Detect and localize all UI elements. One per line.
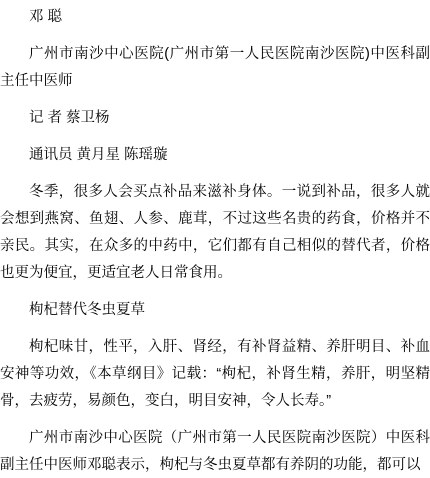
section-heading-goji-replaces-cordyceps: 枸杞替代冬虫夏草 [0, 297, 430, 324]
paragraph-intro: 冬季，很多人会买点补品来滋补身体。一说到补品，很多人就会想到燕窝、鱼翅、人参、鹿… [0, 179, 430, 287]
byline-correspondents: 通讯员 黄月星 陈瑶璇 [0, 142, 430, 169]
article-body: 邓 聪 广州市南沙中心医院(广州市第一人民医院南沙医院)中医科副主任中医师 记 … [0, 0, 430, 478]
paragraph-goji-properties: 枸杞味甘，性平，入肝、肾经，有补肾益精、养肝明目、补血安神等功效，《本草纲目》记… [0, 334, 430, 415]
paragraph-expert-statement: 广州市南沙中心医院（广州市第一人民医院南沙医院）中医科副主任中医师邓聪表示，枸杞… [0, 425, 430, 478]
byline-expert-name: 邓 聪 [0, 4, 430, 31]
byline-expert-title: 广州市南沙中心医院(广州市第一人民医院南沙医院)中医科副主任中医师 [0, 41, 430, 95]
byline-reporter: 记 者 蔡卫杨 [0, 105, 430, 132]
